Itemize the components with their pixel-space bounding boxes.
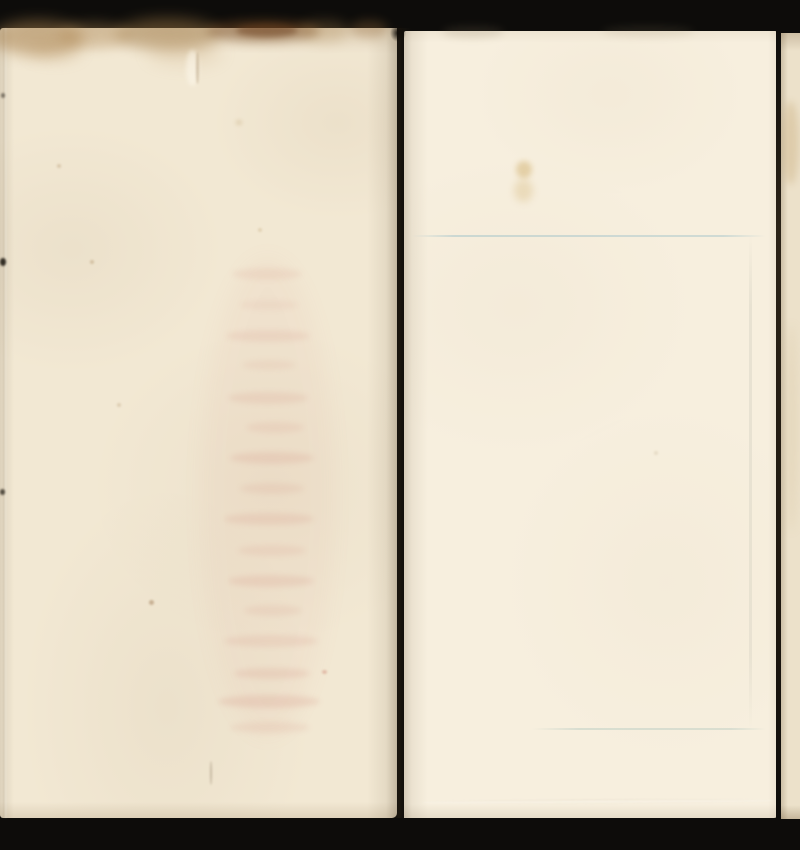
right-page-stains [404, 31, 778, 818]
yellow-stain [516, 161, 532, 178]
show-through-row [238, 545, 306, 556]
top-edge-stain [298, 20, 350, 42]
gutter-top-notch [390, 24, 406, 42]
show-through-row [244, 605, 302, 616]
top-edge-stain [116, 18, 220, 50]
fiber-hair [210, 761, 212, 785]
show-through-row [226, 330, 310, 342]
show-through-row [228, 575, 314, 587]
top-edge-stain [350, 20, 388, 38]
gutter-shadow [386, 28, 412, 818]
edge-speck [0, 489, 5, 495]
top-edge-stain [28, 40, 82, 60]
show-through-row [240, 300, 298, 310]
left-edge-specks [0, 0, 800, 850]
show-through-row [224, 513, 314, 525]
fore-edge [781, 33, 800, 819]
show-through-row [242, 360, 296, 370]
show-through-row [232, 268, 302, 280]
edge-speck [1, 93, 5, 98]
show-through-row [230, 722, 310, 733]
left-page-stains [0, 28, 397, 818]
show-through-frame-top-line [412, 235, 766, 237]
foxing-spot [149, 600, 154, 605]
show-through-halo [200, 256, 335, 738]
top-edge-smudge [442, 26, 504, 38]
left-page-crease [3, 28, 8, 818]
top-edge-stain [148, 42, 222, 64]
edge-speck [0, 258, 6, 266]
fore-edge-stains [781, 33, 800, 819]
top-edge-stain [58, 22, 130, 48]
yellow-stain [514, 179, 533, 202]
fore-edge-stain [786, 323, 797, 533]
fore-edge-stain [782, 101, 799, 185]
top-edge-stain [0, 20, 84, 56]
foxing-spot [236, 120, 242, 125]
show-through-row [228, 392, 308, 404]
show-through-row [234, 668, 310, 679]
top-edge-stain [206, 20, 320, 42]
show-through-frame-bottom-line [532, 728, 766, 730]
bottom-crease [422, 798, 774, 805]
show-through-row [230, 452, 314, 464]
top-edge-stain [236, 24, 298, 37]
foxing-spot [322, 670, 327, 674]
show-through-text [0, 28, 397, 818]
show-through-row [240, 483, 304, 494]
right-page [404, 31, 778, 818]
top-edge-smudge [602, 26, 694, 37]
foxing-spot [258, 228, 262, 232]
foxing-spot [90, 260, 94, 264]
show-through-row [246, 422, 304, 433]
foxing-spot [57, 164, 61, 168]
left-page [0, 28, 397, 818]
foxing-spot [654, 451, 658, 455]
foxing-spot [117, 403, 121, 407]
fore-edge-line [776, 29, 781, 819]
show-through-row [218, 695, 320, 708]
curl-mark [186, 50, 199, 86]
show-through-frame-right-line [749, 235, 752, 729]
show-through-row [224, 635, 318, 647]
book-scan [0, 0, 800, 850]
curl-mark-edge [196, 52, 199, 84]
